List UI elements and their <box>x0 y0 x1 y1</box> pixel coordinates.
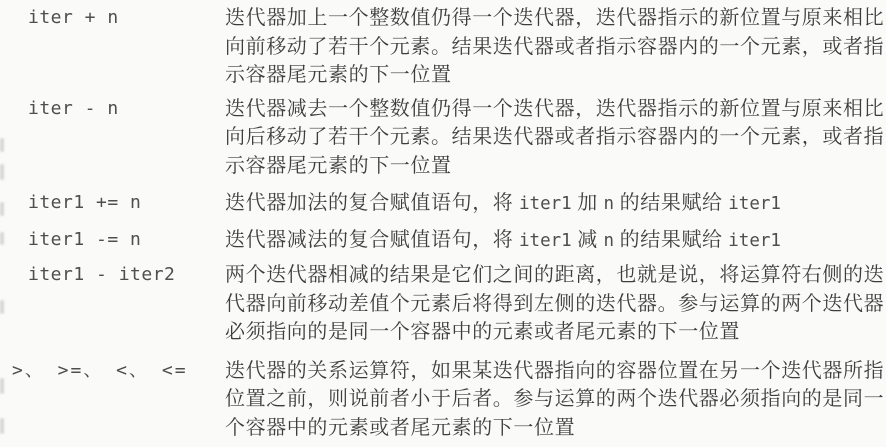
operation-code: iter1 - iter2 <box>0 261 225 290</box>
operation-description: 迭代器减法的复合赋值语句，将 iter1 减 n 的结果赋给 iter1 <box>225 226 886 256</box>
operation-description: 迭代器的关系运算符，如果某迭代器指向的容器位置在另一个迭代器所指位置之前，则说前… <box>225 357 886 443</box>
table-row: iter1 - iter2两个迭代器相减的结果是它们之间的距离，也就是说，将运算… <box>0 261 886 347</box>
operation-description: 迭代器加上一个整数值仍得一个迭代器，迭代器指示的新位置与原来相比向前移动了若干个… <box>225 4 886 90</box>
description-text: 向后移动了若干个元素。结果迭代器或者指示容器内的一个元素，或者指 <box>225 126 884 148</box>
description-text: 两个迭代器相减的结果是它们之间的距离，也就是说，将运算符右侧的迭 <box>225 264 884 286</box>
description-line: 示容器尾元素的下一位置 <box>225 152 886 181</box>
inline-code: iter1 <box>519 194 572 214</box>
description-line: 迭代器加法的复合赋值语句，将 iter1 加 n 的结果赋给 iter1 <box>225 189 886 219</box>
scan-artifact <box>0 138 4 152</box>
description-text: 加 <box>572 192 604 214</box>
description-line: 代器向前移动差值个元素后将得到左侧的迭代器。参与运算的两个迭代器 <box>225 290 886 319</box>
scan-artifact <box>0 164 4 180</box>
scan-artifact <box>0 300 4 314</box>
description-line: 两个迭代器相减的结果是它们之间的距离，也就是说，将运算符右侧的迭 <box>225 261 886 290</box>
book-page: iter + n迭代器加上一个整数值仍得一个迭代器，迭代器指示的新位置与原来相比… <box>0 0 886 447</box>
description-text: 迭代器的关系运算符，如果某迭代器指向的容器位置在另一个迭代器所指 <box>225 360 884 382</box>
inline-code: iter1 <box>728 194 781 214</box>
description-line: 个容器中的元素或者尾元素的下一位置 <box>225 414 886 443</box>
description-line: 迭代器减去一个整数值仍得一个迭代器，迭代器指示的新位置与原来相比 <box>225 95 886 124</box>
inline-code: iter1 <box>728 231 781 251</box>
description-text: 的结果赋给 <box>614 229 728 251</box>
scan-artifact <box>0 378 4 394</box>
table-row: iter1 += n迭代器加法的复合赋值语句，将 iter1 加 n 的结果赋给… <box>0 189 886 219</box>
operation-description: 两个迭代器相减的结果是它们之间的距离，也就是说，将运算符右侧的迭代器向前移动差值… <box>225 261 886 347</box>
operation-code: iter1 += n <box>0 189 225 218</box>
description-line: 向后移动了若干个元素。结果迭代器或者指示容器内的一个元素，或者指 <box>225 123 886 152</box>
description-text: 迭代器加上一个整数值仍得一个迭代器，迭代器指示的新位置与原来相比 <box>225 7 884 29</box>
description-line: 迭代器减法的复合赋值语句，将 iter1 减 n 的结果赋给 iter1 <box>225 226 886 256</box>
inline-code: n <box>604 231 615 251</box>
table-row: >、 >=、 <、 <=迭代器的关系运算符，如果某迭代器指向的容器位置在另一个迭… <box>0 357 886 443</box>
operation-code: iter + n <box>0 4 225 33</box>
description-text: 迭代器加法的复合赋值语句，将 <box>225 192 519 214</box>
description-line: 迭代器加上一个整数值仍得一个迭代器，迭代器指示的新位置与原来相比 <box>225 4 886 33</box>
table-row: iter + n迭代器加上一个整数值仍得一个迭代器，迭代器指示的新位置与原来相比… <box>0 4 886 90</box>
inline-code: iter1 <box>519 231 572 251</box>
description-line: 必须指向的是同一个容器中的元素或者尾元素的下一位置 <box>225 318 886 347</box>
description-line: 位置之前，则说前者小于后者。参与运算的两个迭代器必须指向的是同一 <box>225 385 886 414</box>
scan-artifact <box>0 202 4 216</box>
description-text: 迭代器减法的复合赋值语句，将 <box>225 229 519 251</box>
table-row: iter1 -= n迭代器减法的复合赋值语句，将 iter1 减 n 的结果赋给… <box>0 226 886 256</box>
description-text: 示容器尾元素的下一位置 <box>225 64 452 86</box>
operation-code: iter1 -= n <box>0 226 225 255</box>
description-text: 代器向前移动差值个元素后将得到左侧的迭代器。参与运算的两个迭代器 <box>225 293 884 315</box>
description-line: 迭代器的关系运算符，如果某迭代器指向的容器位置在另一个迭代器所指 <box>225 357 886 386</box>
description-text: 减 <box>572 229 604 251</box>
description-text: 必须指向的是同一个容器中的元素或者尾元素的下一位置 <box>225 321 740 343</box>
operation-code: >、 >=、 <、 <= <box>0 357 225 386</box>
description-text: 迭代器减去一个整数值仍得一个迭代器，迭代器指示的新位置与原来相比 <box>225 98 884 120</box>
iterator-operations-table: iter + n迭代器加上一个整数值仍得一个迭代器，迭代器指示的新位置与原来相比… <box>0 4 886 442</box>
inline-code: n <box>604 194 615 214</box>
scan-artifact <box>0 232 4 245</box>
operation-description: 迭代器加法的复合赋值语句，将 iter1 加 n 的结果赋给 iter1 <box>225 189 886 219</box>
description-text: 位置之前，则说前者小于后者。参与运算的两个迭代器必须指向的是同一 <box>225 388 884 410</box>
table-row: iter - n迭代器减去一个整数值仍得一个迭代器，迭代器指示的新位置与原来相比… <box>0 95 886 181</box>
operation-code: iter - n <box>0 95 225 124</box>
operation-description: 迭代器减去一个整数值仍得一个迭代器，迭代器指示的新位置与原来相比向后移动了若干个… <box>225 95 886 181</box>
description-text: 的结果赋给 <box>614 192 728 214</box>
description-text: 示容器尾元素的下一位置 <box>225 155 452 177</box>
scan-artifact <box>0 418 4 434</box>
description-text: 向前移动了若干个元素。结果迭代器或者指示容器内的一个元素，或者指 <box>225 36 884 58</box>
description-line: 示容器尾元素的下一位置 <box>225 61 886 90</box>
description-line: 向前移动了若干个元素。结果迭代器或者指示容器内的一个元素，或者指 <box>225 33 886 62</box>
description-text: 个容器中的元素或者尾元素的下一位置 <box>225 417 575 439</box>
